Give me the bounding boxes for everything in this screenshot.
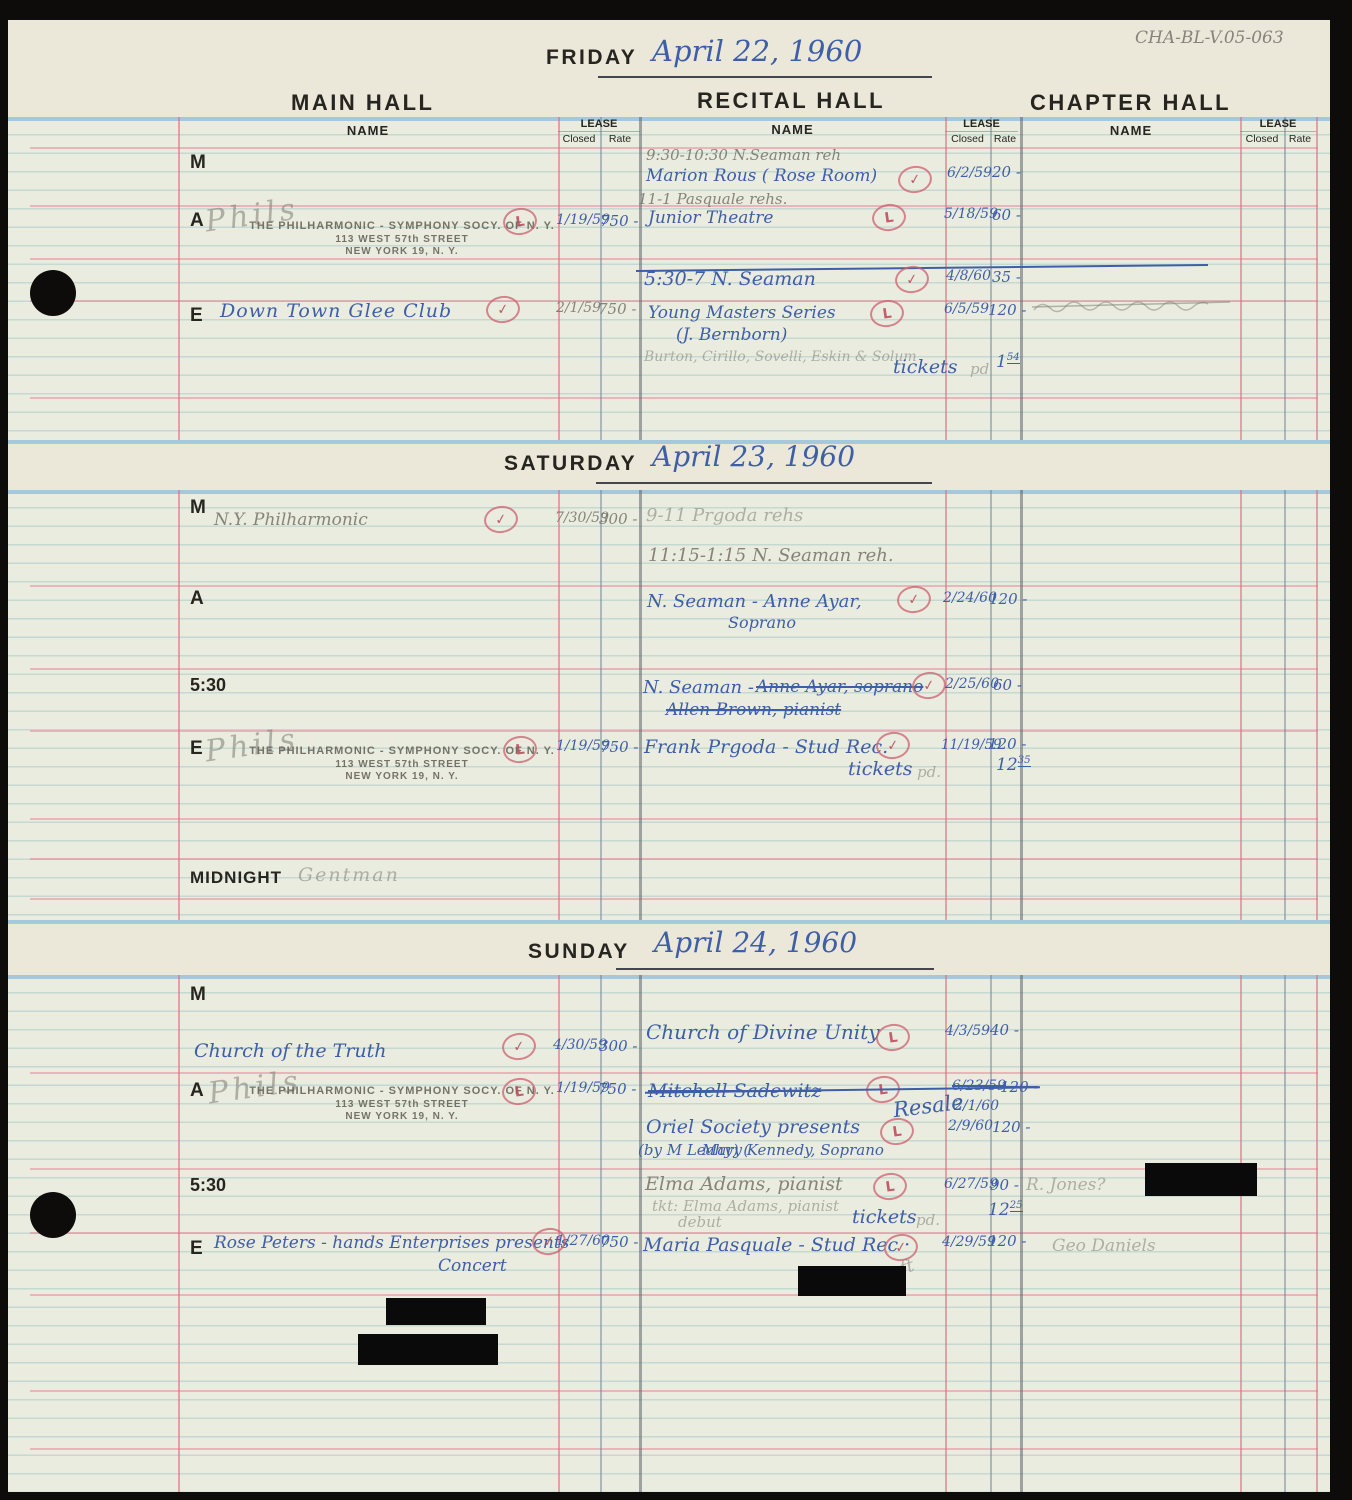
- lease-rate: 300 -: [599, 510, 637, 528]
- lease-rate: 750 -: [598, 1080, 636, 1098]
- lease-rate: 90 -: [990, 1176, 1019, 1194]
- row-rule: [30, 1294, 1318, 1296]
- lease-rate: 750 -: [600, 738, 638, 756]
- entry-rehearsal-note: 9-11 Prgoda rehs: [646, 505, 803, 526]
- column-rule: [600, 117, 602, 440]
- entry-name: N. Seaman - Anne Ayar,: [647, 591, 862, 612]
- row-rule: [30, 397, 1318, 399]
- philharmonic-stamp-line2: 113 WEST 57th STREET: [335, 759, 468, 770]
- entry-pencil-chapter: R. Jones?: [1026, 1175, 1106, 1195]
- lease-rate: 120 -: [992, 1118, 1030, 1136]
- entry-rehearsal-note: 11:15-1:15 N. Seaman reh.: [648, 545, 894, 566]
- col-header-name: NAME: [178, 123, 558, 138]
- row-rule: [30, 668, 1318, 670]
- lease-rate: 40 -: [990, 1021, 1019, 1039]
- column-rule: [1316, 490, 1318, 920]
- scanned-ledger-page: CHA-BL-V.05-063 FRIDAY April 22, 1960 MA…: [0, 0, 1352, 1500]
- entry-pencil-performers: Burton, Cirillo, Sovelli, Eskin & Solum: [644, 349, 917, 365]
- row-label-a: A: [190, 210, 204, 232]
- row-rule: [30, 1168, 1318, 1170]
- handwritten-date-sunday: April 24, 1960: [654, 926, 857, 959]
- tickets-amount: 154: [996, 352, 1020, 372]
- col-header-rate: Rate: [600, 133, 640, 145]
- col-header-name: NAME: [640, 122, 945, 137]
- lease-closed-date: 6/5/59: [944, 301, 989, 317]
- philharmonic-stamp-line3: NEW YORK 19, N. Y.: [345, 246, 458, 257]
- column-rule: [1316, 975, 1318, 1492]
- column-rule: [639, 975, 642, 1492]
- entry-pencil-midnight: Gentman: [298, 864, 400, 886]
- day-label-saturday: SATURDAY: [504, 452, 637, 476]
- hole-punch: [30, 1192, 76, 1238]
- column-rule: [1284, 975, 1286, 1492]
- lease-rate: 300 -: [599, 1037, 637, 1055]
- row-label-e: E: [190, 305, 203, 327]
- lease-closed-date: 4/8/60: [946, 268, 991, 284]
- hall-header-main: MAIN HALL: [291, 90, 434, 116]
- column-rule: [1240, 117, 1242, 440]
- entry-name: Elma Adams, pianist: [645, 1173, 843, 1195]
- illegible-crossed-out-pencil-entry: [1032, 296, 1232, 320]
- section-rule: [8, 920, 1330, 924]
- row-rule: [30, 898, 1318, 900]
- row-label-m: M: [190, 497, 206, 519]
- column-rule: [1240, 975, 1242, 1492]
- entry-name: Frank Prgoda - Stud Rec.: [644, 736, 888, 758]
- lease-closed-date: 2/9/60: [948, 1118, 993, 1134]
- lease-rate: 120 -: [988, 735, 1026, 753]
- lease-header-rule: [558, 131, 640, 132]
- column-rule: [1284, 117, 1286, 440]
- tickets-amount: 1225: [988, 1200, 1023, 1220]
- tickets-amount: 1235: [996, 755, 1031, 775]
- entry-name: Junior Theatre: [648, 208, 773, 228]
- reference-code: CHA-BL-V.05-063: [1135, 28, 1284, 48]
- entry-rehearsal-note: 11-1 Pasquale rehs.: [638, 190, 787, 208]
- resale-date: 2/1/60: [954, 1098, 999, 1114]
- entry-name-line2: Soprano: [728, 613, 796, 632]
- column-rule: [178, 975, 180, 1492]
- entry-name: Rose Peters - hands Enterprises presents: [214, 1233, 569, 1253]
- col-header-lease: LEASE: [945, 118, 1018, 130]
- entry-name-line2: (J. Bernborn): [676, 325, 787, 345]
- entry-rehearsal-note: 9:30-10:30 N.Seaman reh: [646, 146, 841, 164]
- tickets-note: tickets: [852, 1206, 917, 1228]
- section-rule: [8, 975, 1330, 979]
- entry-name: Young Masters Series: [648, 303, 836, 323]
- col-header-rate: Rate: [990, 133, 1020, 145]
- date-underline: [616, 968, 934, 970]
- col-header-lease: LEASE: [558, 118, 640, 130]
- entry-name-line2: Concert: [438, 1256, 507, 1276]
- date-underline: [598, 76, 932, 78]
- column-rule: [1316, 117, 1318, 440]
- row-label-a: A: [190, 1080, 204, 1102]
- lease-rate: 35 -: [992, 268, 1021, 286]
- column-rule: [1284, 490, 1286, 920]
- redaction-box: [358, 1334, 498, 1365]
- lease-closed-date: 2/1/59: [556, 300, 601, 316]
- column-rule: [639, 490, 642, 920]
- row-rule: [30, 1448, 1318, 1450]
- lease-closed-date: 2/25/60: [945, 676, 999, 692]
- entry-name: Church of Divine Unity: [646, 1020, 880, 1044]
- tickets-amount-int: 12: [988, 1200, 1010, 1220]
- hall-header-chapter: CHAPTER HALL: [1030, 90, 1231, 116]
- lease-rate: 60 -: [992, 206, 1021, 224]
- tickets-note: tickets: [893, 356, 958, 378]
- col-header-lease: LEASE: [1240, 118, 1316, 130]
- row-label-e: E: [190, 738, 203, 760]
- tickets-pd-note: pd: [970, 360, 989, 378]
- lease-rate: 750 -: [600, 1233, 638, 1251]
- lease-header-rule: [945, 131, 1018, 132]
- row-label-a: A: [190, 588, 204, 610]
- column-rule: [600, 490, 602, 920]
- tickets-amount-int: 1: [996, 352, 1007, 372]
- tickets-amount-int: 12: [996, 755, 1018, 775]
- entry-pencil-chapter: Geo Daniels: [1052, 1236, 1156, 1256]
- row-rule: [30, 258, 1318, 260]
- row-rule: [30, 585, 1318, 587]
- column-rule: [1020, 490, 1023, 920]
- column-rule: [945, 490, 947, 920]
- hall-header-recital: RECITAL HALL: [697, 88, 885, 114]
- entry-name-prefix: N. Seaman -: [643, 677, 754, 698]
- redaction-box: [1145, 1163, 1257, 1196]
- handwritten-date-saturday: April 23, 1960: [652, 440, 855, 473]
- col-header-closed: Closed: [1240, 133, 1284, 145]
- date-underline: [596, 482, 932, 484]
- lease-closed-date: 6/2/59: [947, 165, 992, 181]
- row-label-m: M: [190, 984, 206, 1006]
- tickets-amount-sup: 35: [1018, 755, 1031, 767]
- philharmonic-stamp-line3: NEW YORK 19, N. Y.: [345, 771, 458, 782]
- col-header-rate: Rate: [1284, 133, 1316, 145]
- lease-rate: 120 -: [988, 1232, 1026, 1250]
- hole-punch: [30, 270, 76, 316]
- entry-pencil-note: debut: [678, 1213, 722, 1231]
- section-rule: [8, 490, 1330, 494]
- handwritten-date-friday: April 22, 1960: [652, 34, 862, 68]
- column-rule: [1240, 490, 1242, 920]
- column-rule: [990, 490, 992, 920]
- entry-name: Down Town Glee Club: [220, 300, 452, 322]
- tickets-pd-note: pd.: [916, 1211, 940, 1229]
- lease-rate: 750 -: [600, 212, 638, 230]
- entry-name: Marion Rous ( Rose Room): [646, 166, 877, 186]
- day-label-friday: FRIDAY: [546, 46, 637, 70]
- col-header-name: NAME: [1022, 123, 1240, 138]
- day-label-sunday: SUNDAY: [528, 940, 630, 964]
- row-label-e: E: [190, 1238, 203, 1260]
- row-rule: [30, 858, 1318, 860]
- row-label-m: M: [190, 152, 206, 174]
- row-label-midnight: MIDNIGHT: [190, 868, 282, 888]
- lease-rate: 60 -: [993, 676, 1022, 694]
- redaction-box: [798, 1266, 906, 1296]
- philharmonic-stamp-line3: NEW YORK 19, N. Y.: [345, 1111, 458, 1122]
- lease-closed-date: 4/3/59: [945, 1023, 990, 1039]
- entry-name: 5:30-7 N. Seaman: [644, 268, 816, 290]
- row-label-530: 5:30: [190, 1175, 226, 1196]
- lease-rate: 120 -: [989, 590, 1027, 608]
- philharmonic-stamp-line2: 113 WEST 57th STREET: [335, 234, 468, 245]
- column-rule: [178, 117, 180, 440]
- row-label-530: 5:30: [190, 675, 226, 696]
- tickets-amount-sup: 25: [1010, 1200, 1023, 1212]
- lease-rate: 120 -: [988, 301, 1026, 319]
- col-header-closed: Closed: [945, 133, 990, 145]
- column-rule: [558, 490, 560, 920]
- section-rule: [8, 117, 1330, 121]
- tickets-pd-note: pd.: [917, 763, 941, 781]
- row-rule: [30, 818, 1318, 820]
- entry-name: Maria Pasquale - Stud Rec ·: [643, 1234, 910, 1256]
- philharmonic-stamp-line2: 113 WEST 57th STREET: [335, 1099, 468, 1110]
- tickets-note: tickets: [848, 758, 913, 780]
- lease-rate: 20 -: [992, 163, 1021, 181]
- entry-name: N.Y. Philharmonic: [214, 510, 368, 530]
- entry-name-struck: Allen Brown, pianist: [666, 700, 841, 720]
- entry-name: Oriel Society presents: [646, 1116, 860, 1138]
- column-rule: [178, 490, 180, 920]
- lease-rate: 750 -: [598, 300, 636, 318]
- entry-name-struck: Anne Ayar, soprano: [756, 677, 923, 697]
- lease-closed-date: 5/18/59: [944, 206, 998, 222]
- lease-header-rule: [1240, 131, 1316, 132]
- entry-name-line3: Mary Kennedy, Soprano: [702, 1141, 884, 1159]
- row-rule: [30, 1390, 1318, 1392]
- column-rule: [639, 117, 642, 440]
- col-header-closed: Closed: [558, 133, 600, 145]
- entry-name: Church of the Truth: [194, 1040, 387, 1062]
- column-rule: [558, 117, 560, 440]
- redaction-box: [386, 1298, 486, 1325]
- tickets-amount-sup: 54: [1007, 352, 1020, 364]
